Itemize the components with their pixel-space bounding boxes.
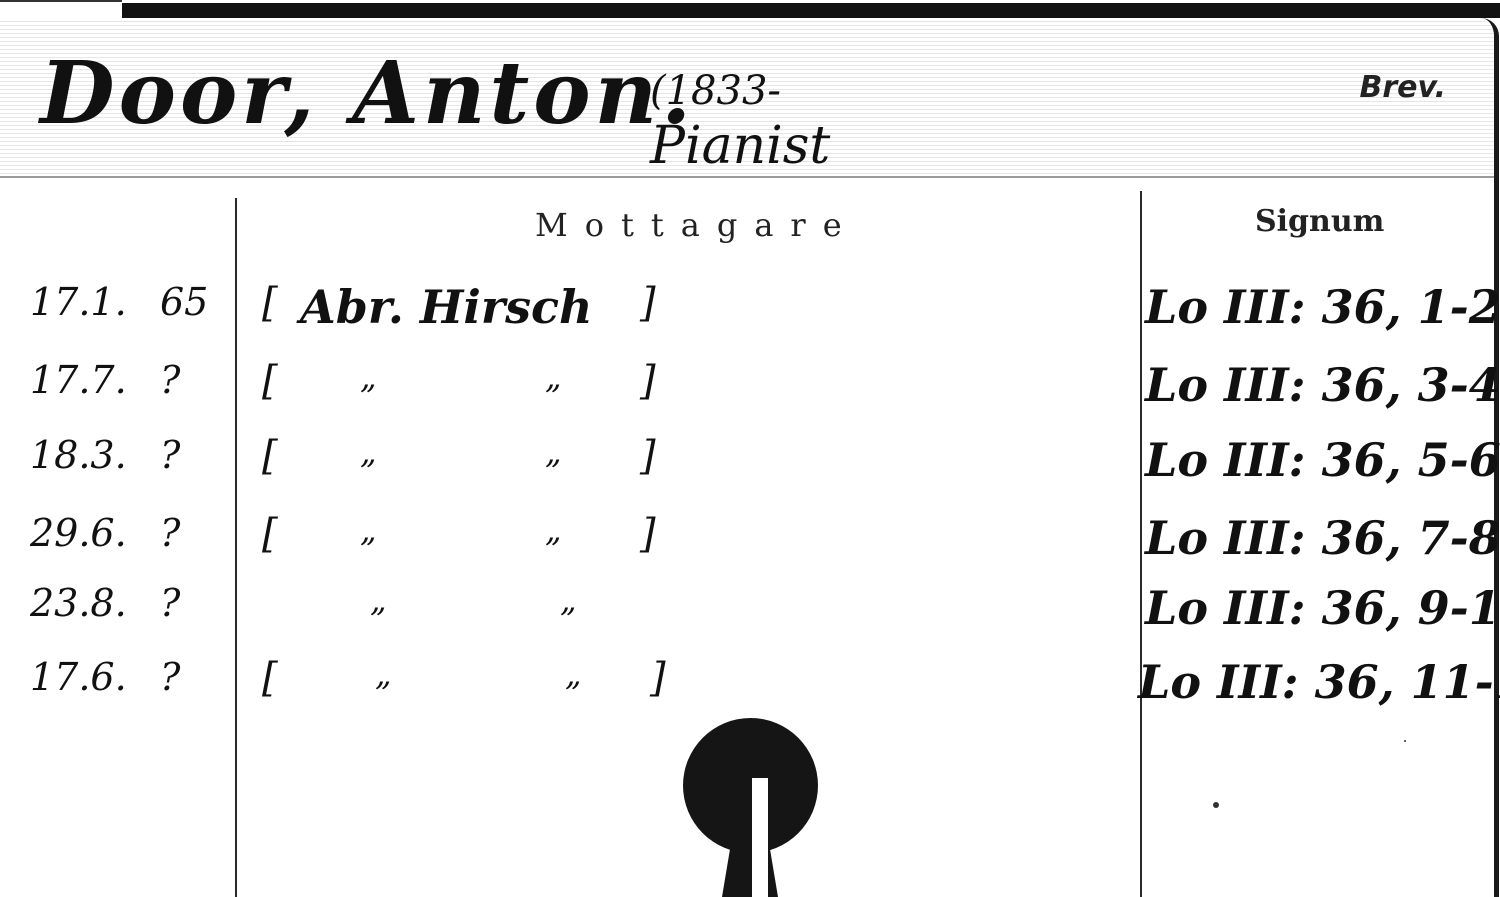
letter-year: ? (160, 433, 180, 477)
ditto-mark: „ (545, 433, 562, 471)
bracket-open: [ (262, 358, 278, 404)
ditto-mark: „ (565, 655, 582, 693)
letter-date: 18.3. (30, 433, 127, 477)
occupation: Pianist (650, 116, 830, 176)
bracket-close: ] (640, 433, 656, 479)
signum: Lo III: 36, 1-2 (1145, 280, 1500, 334)
ink-speck (1213, 802, 1219, 808)
life-dates: (1833- (650, 68, 781, 114)
letter-row: 17.6. ? [ „ „ ] Lo III: 36, 11-12 (0, 655, 1494, 725)
bracket-open: [ (262, 655, 278, 701)
signum: Lo III: 36, 5-6 (1145, 433, 1500, 487)
ink-speck (1404, 740, 1406, 742)
signum: Lo III: 36, 11-12 (1138, 655, 1500, 709)
header-divider (0, 176, 1494, 178)
card-header: Door, Anton. (1833- Pianist Brev. (0, 18, 1494, 178)
letter-row: 23.8. ? „ „ Lo III: 36, 9-10 (0, 581, 1494, 651)
letter-year: ? (160, 581, 180, 625)
signum: Lo III: 36, 9-10 (1145, 581, 1500, 635)
letter-date: 17.7. (30, 358, 127, 402)
bracket-open: [ (262, 511, 278, 557)
bracket-close: ] (650, 655, 666, 701)
signum: Lo III: 36, 3-4 (1145, 358, 1500, 412)
letter-date: 17.1. (30, 280, 127, 324)
letter-row: 29.6. ? [ „ „ ] Lo III: 36, 7-8 (0, 511, 1494, 581)
letter-row: 17.7. ? [ „ „ ] Lo III: 36, 3-4 (0, 358, 1494, 428)
letter-year: ? (160, 358, 180, 402)
ditto-mark: „ (545, 511, 562, 549)
ditto-mark: „ (560, 581, 577, 619)
letter-date: 17.6. (30, 655, 127, 699)
bracket-close: ] (640, 358, 656, 404)
column-header-signum: Signum (1255, 204, 1384, 239)
ditto-mark: „ (545, 358, 562, 396)
ditto-mark: „ (360, 511, 377, 549)
bracket-close: ] (640, 280, 656, 326)
letter-date: 23.8. (30, 581, 127, 625)
letter-date: 29.6. (30, 511, 127, 555)
bracket-open: [ (262, 280, 278, 326)
letter-year: 65 (160, 280, 208, 324)
ditto-mark: „ (370, 581, 387, 619)
scan-edge-white (0, 0, 122, 20)
column-header-recipient: Mottagare (535, 206, 859, 244)
person-name: Door, Anton. (40, 43, 695, 144)
scan-edge-black (122, 3, 1500, 18)
bracket-close: ] (640, 511, 656, 557)
letter-row: 18.3. ? [ „ „ ] Lo III: 36, 5-6 (0, 433, 1494, 503)
punch-hole-highlight (752, 778, 768, 897)
card-category: Brev. (1359, 70, 1446, 105)
recipient-name: Abr. Hirsch (300, 280, 592, 334)
letter-year: ? (160, 655, 180, 699)
ditto-mark: „ (360, 358, 377, 396)
bracket-open: [ (262, 433, 278, 479)
ditto-mark: „ (375, 655, 392, 693)
letter-row: 17.1. 65 [ Abr. Hirsch ] Lo III: 36, 1-2 (0, 280, 1494, 350)
letter-year: ? (160, 511, 180, 555)
signum: Lo III: 36, 7-8 (1145, 511, 1500, 565)
ditto-mark: „ (360, 433, 377, 471)
